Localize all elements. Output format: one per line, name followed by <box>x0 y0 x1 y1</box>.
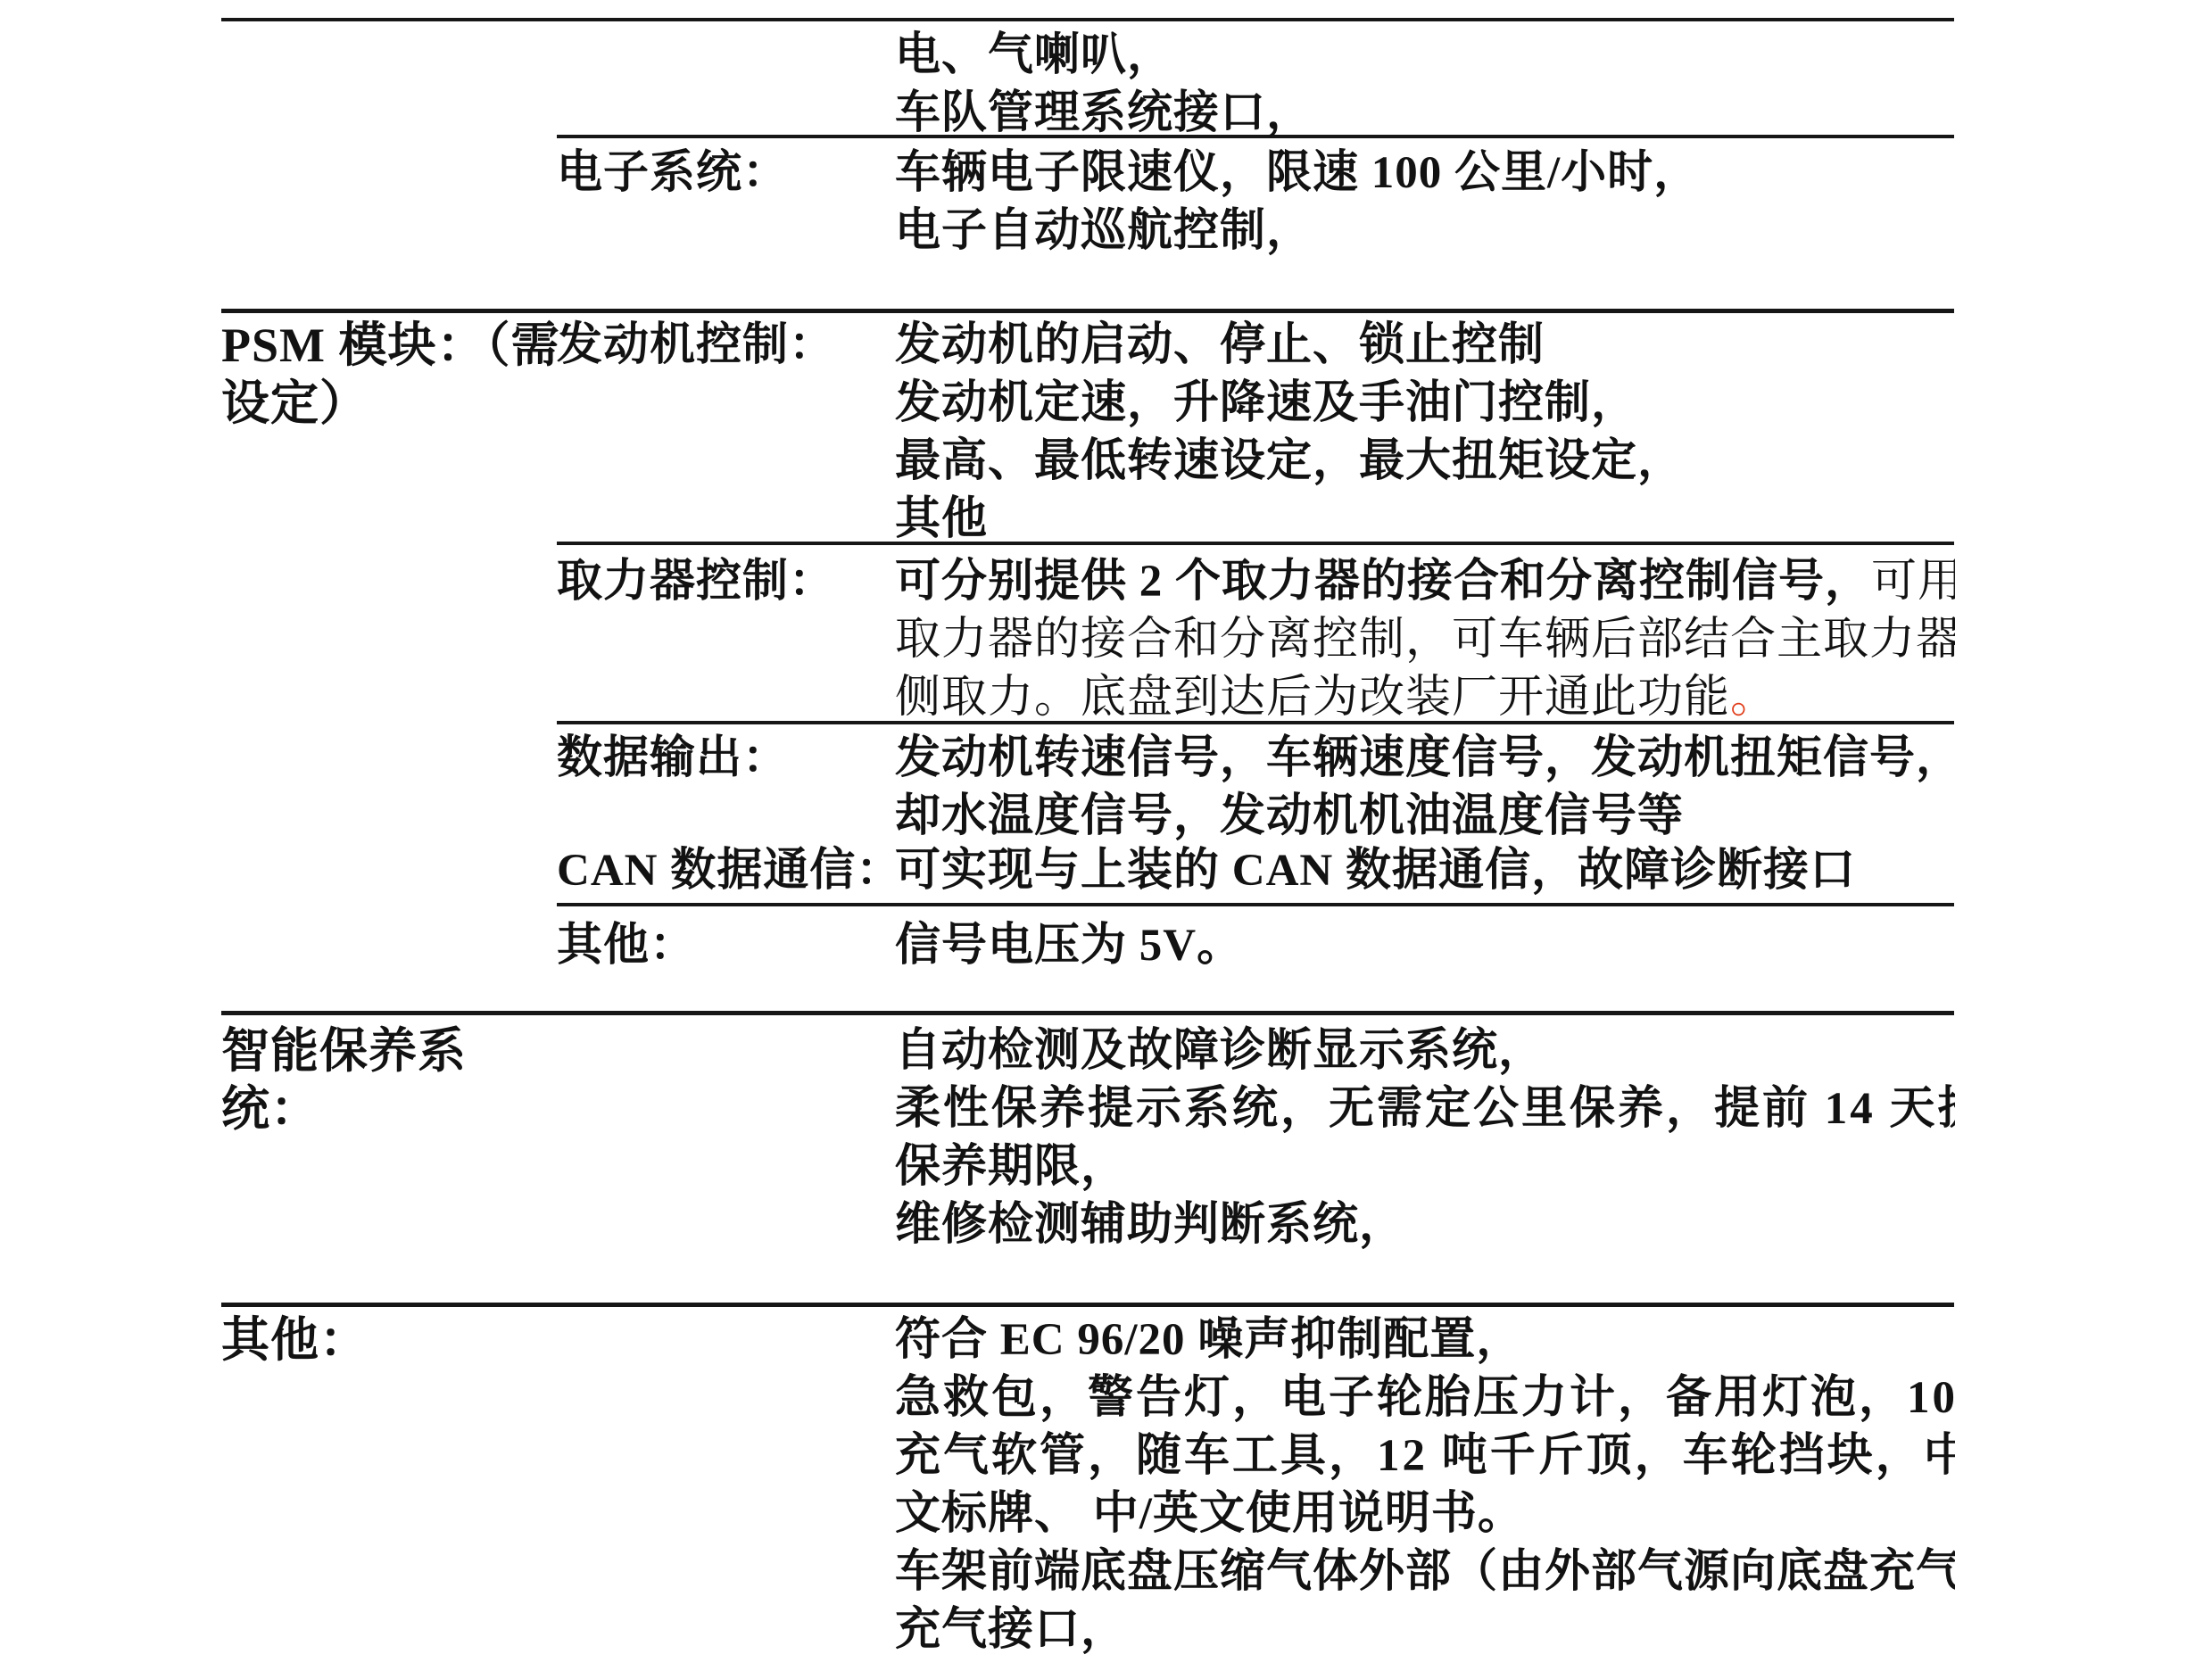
section-title: 统： <box>221 1080 319 1138</box>
section-divider <box>221 1011 1954 1015</box>
spec-line: 取力器的接合和分离控制，可车辆后部结合主取力器及 <box>895 611 1955 669</box>
spec-line: 急救包，警告灯，电子轮胎压力计，备用灯泡，10 米 <box>895 1369 1955 1427</box>
spec-line: 车辆电子限速仪，限速 100 公里/小时， <box>895 145 1700 203</box>
spec-text: 侧取力。底盘到达后为改装厂开通此功能 <box>895 673 1730 723</box>
row-label: 数据输出： <box>557 730 789 788</box>
spec-table: 电、气喇叭， 车队管理系统接口， 电子系统： 车辆电子限速仪，限速 100 公里… <box>0 0 1955 1671</box>
spec-line: 充气软管，随车工具，12 吨千斤顶，车轮挡块，中/英 <box>895 1427 1955 1485</box>
row-divider <box>221 18 1954 21</box>
spec-line: 电子自动巡航控制， <box>895 203 1313 261</box>
spec-line: 其他 <box>895 491 988 549</box>
row-divider <box>557 542 1954 545</box>
spec-line: 可实现与上装的 CAN 数据通信，故障诊断接口 <box>895 842 1856 900</box>
spec-line: 符合 EC 96/20 噪声抑制配置， <box>895 1311 1522 1369</box>
document-page: 电、气喇叭， 车队管理系统接口， 电子系统： 车辆电子限速仪，限速 100 公里… <box>0 0 2212 1671</box>
spec-line: 侧取力。底盘到达后为改装厂开通此功能。 <box>895 669 1777 727</box>
spec-line: 电、气喇叭， <box>895 27 1173 85</box>
spec-line: 发动机定速，升降速及手油门控制， <box>895 375 1637 433</box>
spec-line: 充气接口， <box>895 1601 1127 1659</box>
spec-line: 发动机的启动、停止、锁止控制 <box>895 317 1545 375</box>
spec-line: 车架前端底盘压缩气体外部（由外部气源向底盘充气） <box>895 1543 1955 1601</box>
spec-line: 发动机转速信号，车辆速度信号，发动机扭矩信号，冷 <box>895 730 1955 788</box>
section-title: 智能保养系 <box>221 1022 467 1080</box>
spec-line: 却水温度信号，发动机机油温度信号等 <box>895 788 1684 846</box>
section-title: 设定） <box>221 375 369 433</box>
row-label: CAN 数据通信： <box>557 842 902 900</box>
section-title: 其他： <box>221 1311 369 1369</box>
row-label: 取力器控制： <box>557 553 835 611</box>
spec-line: 柔性保养提示系统，无需定公里保养，提前 14 天提示 <box>895 1080 1955 1138</box>
spec-line: 文标牌、 中/英文使用说明书。 <box>895 1485 1524 1543</box>
spec-line: 可分别提供 2 个取力器的接合和分离控制信号，可用于 <box>895 553 1955 611</box>
spec-line: 自动检测及故障诊断显示系统， <box>895 1022 1545 1080</box>
section-divider <box>221 1303 1954 1307</box>
spec-line: 保养期限， <box>895 1138 1127 1196</box>
section-divider <box>221 309 1954 313</box>
row-label: 其他： <box>557 917 696 975</box>
spec-line: 信号电压为 5V。 <box>895 917 1243 975</box>
spec-text-inserted: 可用于 <box>1871 557 1955 607</box>
section-title: PSM 模块：（需 <box>221 317 560 375</box>
red-period: 。 <box>1730 673 1777 723</box>
spec-line: 维修检测辅助判断系统， <box>895 1196 1405 1254</box>
row-divider <box>557 903 1954 906</box>
row-label: 电子系统： <box>557 145 789 203</box>
spec-line: 最高、最低转速设定，最大扭矩设定， <box>895 433 1684 491</box>
spec-text: 可分别提供 2 个取力器的接合和分离控制信号， <box>895 557 1871 607</box>
row-label: 发动机控制： <box>557 317 835 375</box>
spec-line: 车队管理系统接口， <box>895 85 1313 143</box>
